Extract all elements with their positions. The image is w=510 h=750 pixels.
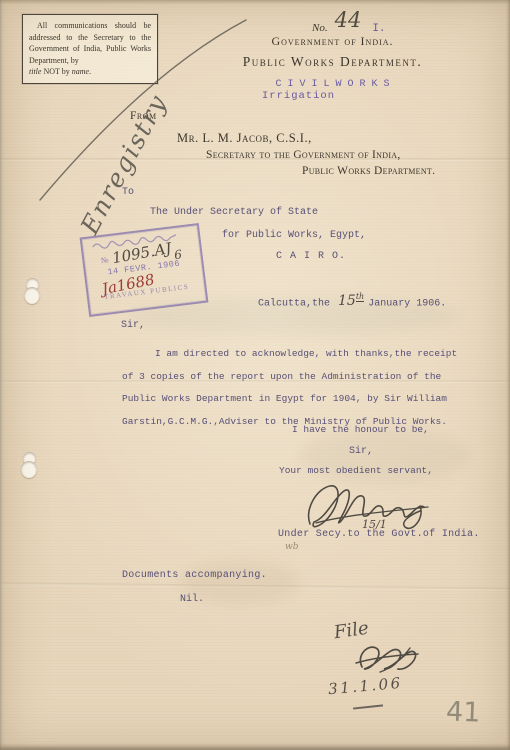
body-line: of 3 copies of the report upon the Admin… [122,366,507,389]
stamp-no-symbol: № [100,255,109,265]
letter-page: All communications should be addressed t… [0,0,510,750]
signer-title: Under Secy.to the Govt.of India. [278,529,480,540]
date-day-handwritten: 15 [338,293,356,309]
punch-hole [21,452,38,480]
date-rest: January 1906. [368,298,446,309]
body-line: I am directed to acknowledge, with thank… [122,343,507,366]
documents-label: Documents accompanying. [122,570,267,581]
letter-body: I am directed to acknowledge, with thank… [122,343,507,433]
file-date-underline [353,704,383,709]
body-line: Public Works Department in Egypt for 190… [122,388,507,411]
stamp-digit-handwritten: 6 [173,247,182,262]
date-ordinal-handwritten: th [356,292,364,302]
file-date-handwritten: 31.1.06 [327,674,403,698]
punch-hole [24,278,41,306]
sender-title-2: Public Works Department. [302,165,435,177]
closing-honour: I have the honour to be, [292,424,429,435]
fold-crease [0,582,510,590]
folio-page-number: 41 [445,696,480,728]
ref-label: No. [312,22,328,34]
initials-scrawl [350,639,422,675]
closing-servant: Your most obedient servant, [279,465,433,476]
documents-value: Nil. [180,594,204,605]
pencil-initials-note: wb [285,542,298,552]
date-line: Calcutta,the 15th January 1906. [258,292,446,310]
recipient-line-3: C A I R O. [276,251,346,262]
ref-number-handwritten: 44 [335,8,362,32]
branch-subline: Irrigation [262,90,335,102]
date-place: Calcutta,the [258,298,330,309]
salutation: Sir, [121,320,145,331]
reference-number-line: No. 44 I. [312,12,386,36]
closing-sir: Sir, [349,446,373,457]
